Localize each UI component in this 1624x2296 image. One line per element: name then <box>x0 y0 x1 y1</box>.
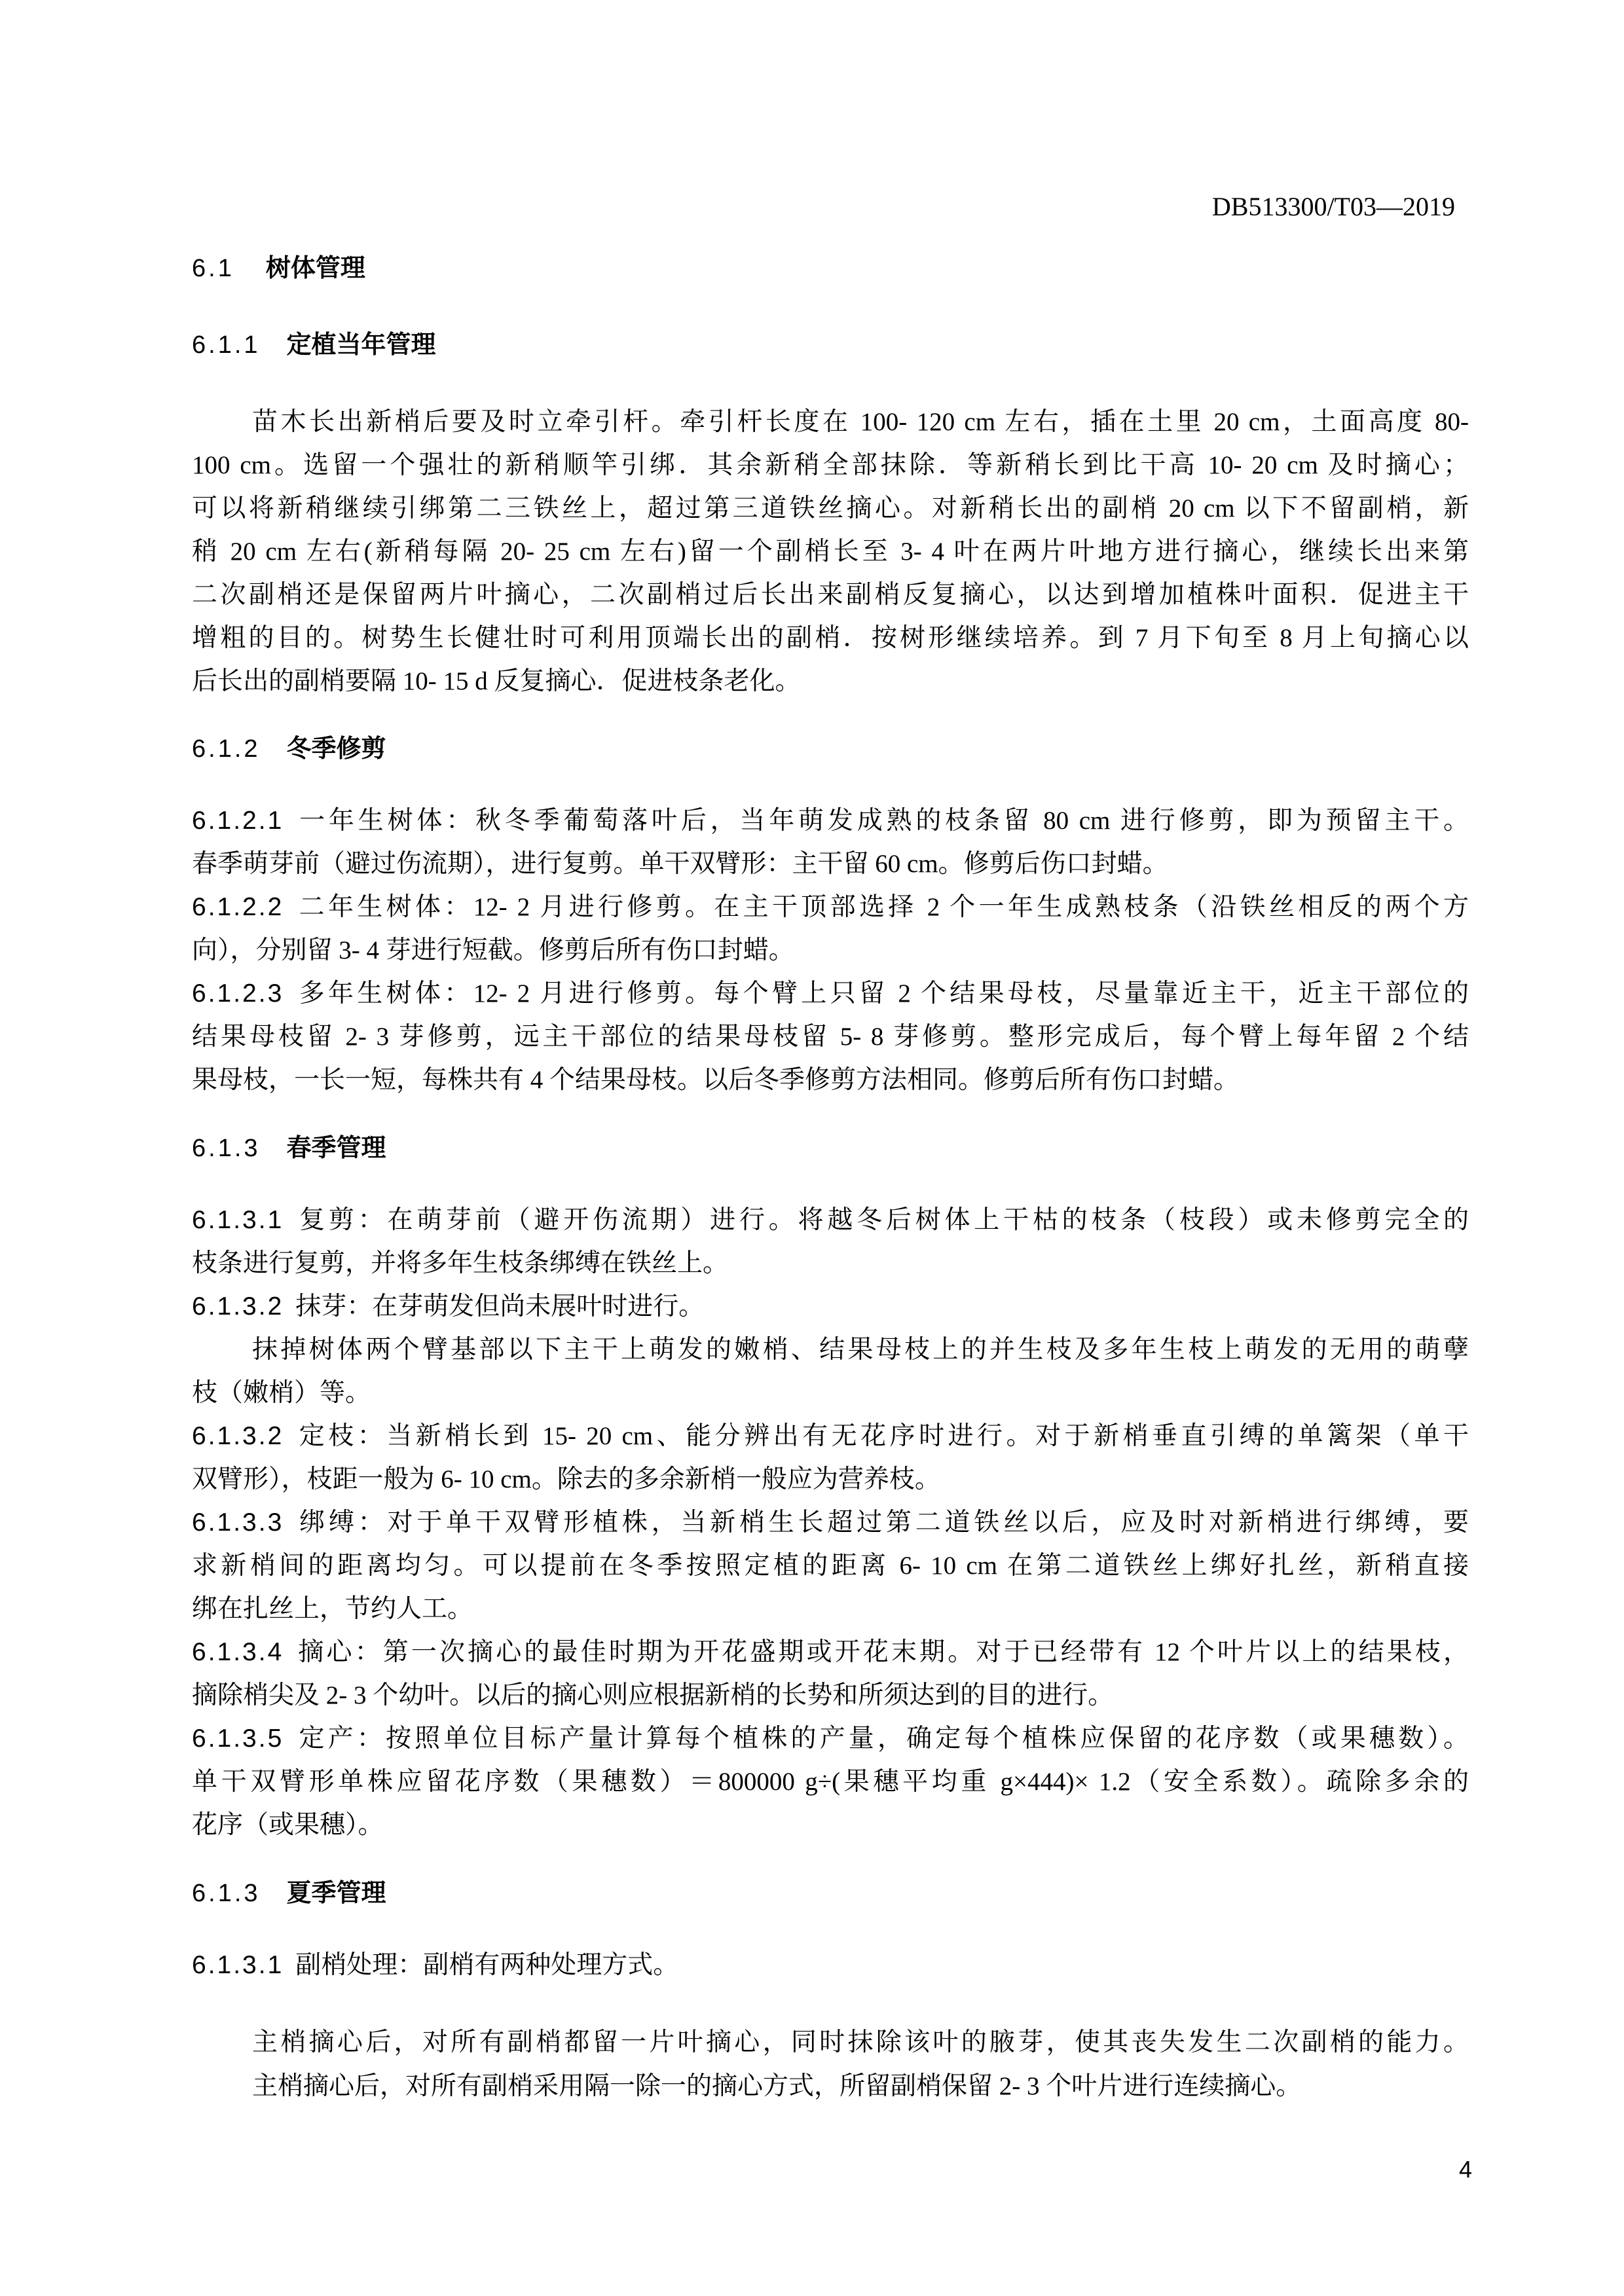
heading-title: 树体管理 <box>266 255 365 282</box>
heading-title: 定植当年管理 <box>287 331 436 359</box>
heading-6-1-3-summer: 6.1.3夏季管理 <box>192 1872 386 1908</box>
paragraph-line: 枝（嫩梢）等。 <box>192 1372 1469 1409</box>
paragraph-line: 主梢摘心后，对所有副梢采用隔一除一的摘心方式，所留副梢保留 2- 3 个叶片进行… <box>252 2066 1469 2102</box>
paragraph-line: 稍 20 cm 左右(新稍每隔 20- 25 cm 左右)留一个副梢长至 3- … <box>192 531 1469 568</box>
paragraph-line: 单干双臂形单株应留花序数（果穗数）＝800000 g÷(果穗平均重 g×444)… <box>192 1761 1469 1798</box>
paragraph-line: 后长出的副梢要隔 10- 15 d 反复摘心．促进枝条老化。 <box>192 661 1469 697</box>
clause-number: 6.1.3.1 <box>192 1206 284 1234</box>
clause-number: 6.1.3.5 <box>192 1724 284 1753</box>
clause-6-1-2-1: 6.1.2.1一年生树体：秋冬季葡萄落叶后，当年萌发成熟的枝条留 80 cm 进… <box>192 800 1469 837</box>
paragraph-line: 抹掉树体两个臂基部以下主干上萌发的嫩梢、结果母枝上的并生枝及多年生枝上萌发的无用… <box>252 1329 1469 1366</box>
heading-title: 春季管理 <box>287 1135 386 1162</box>
clause-6-1-3-2-shoot: 6.1.3.2定枝：当新梢长到 15- 20 cm、能分辨出有无花序时进行。对于… <box>192 1415 1469 1452</box>
paragraph-line: 摘除梢尖及 2- 3 个幼叶。以后的摘心则应根据新梢的长势和所须达到的目的进行。 <box>192 1675 1469 1711</box>
clause-number: 6.1.3.4 <box>192 1638 284 1666</box>
paragraph-line: 绑在扎丝上，节约人工。 <box>192 1588 1469 1625</box>
paragraph-line: 花序（或果穗）。 <box>192 1804 1469 1841</box>
clause-6-1-2-3: 6.1.2.3多年生树体：12- 2 月进行修剪。每个臂上只留 2 个结果母枝，… <box>192 973 1469 1010</box>
paragraph-line: 主梢摘心后，对所有副梢都留一片叶摘心，同时抹除该叶的腋芽，使其丧失发生二次副梢的… <box>252 2022 1469 2058</box>
heading-6-1-3-spring: 6.1.3春季管理 <box>192 1127 386 1163</box>
paragraph-line: 双臂形），枝距一般为 6- 10 cm。除去的多余新梢一般应为营养枝。 <box>192 1459 1469 1495</box>
heading-number: 6.1 <box>192 255 234 283</box>
clause-number: 6.1.3.3 <box>192 1508 284 1537</box>
paragraph-line: 求新梢间的距离均匀。可以提前在冬季按照定植的距离 6- 10 cm 在第二道铁丝… <box>192 1545 1469 1582</box>
heading-title: 冬季修剪 <box>287 735 386 763</box>
heading-6-1-1: 6.1.1定植当年管理 <box>192 324 436 360</box>
clause-6-1-3-1: 6.1.3.1复剪：在萌芽前（避开伤流期）进行。将越冬后树体上干枯的枝条（枝段）… <box>192 1199 1469 1236</box>
paragraph-line: 春季萌芽前（避过伤流期），进行复剪。单干双臂形：主干留 60 cm。修剪后伤口封… <box>192 843 1469 880</box>
clause-6-1-3-4: 6.1.3.4摘心：第一次摘心的最佳时期为开花盛期或开花末期。对于已经带有 12… <box>192 1631 1469 1668</box>
heading-title: 夏季管理 <box>287 1880 386 1907</box>
standard-code: DB513300/T03—2019 <box>1212 191 1455 222</box>
clause-6-1-3-1-summer: 6.1.3.1副梢处理：副梢有两种处理方式。 <box>192 1944 1469 1981</box>
document-page: DB513300/T03—2019 6.1树体管理 6.1.1定植当年管理 苗木… <box>0 0 1624 2296</box>
clause-number: 6.1.2.2 <box>192 893 284 921</box>
heading-number: 6.1.1 <box>192 331 261 359</box>
paragraph-line: 枝条进行复剪，并将多年生枝条绑缚在铁丝上。 <box>192 1243 1469 1279</box>
clause-6-1-3-3: 6.1.3.3绑缚：对于单干双臂形植株，当新梢生长超过第二道铁丝以后，应及时对新… <box>192 1502 1469 1539</box>
paragraph-line: 100 cm。选留一个强壮的新稍顺竿引绑．其余新稍全部抹除．等新稍长到比干高 1… <box>192 445 1469 481</box>
heading-number: 6.1.3 <box>192 1135 261 1163</box>
paragraph-line: 向），分别留 3- 4 芽进行短截。修剪后所有伤口封蜡。 <box>192 930 1469 966</box>
paragraph-line: 增粗的目的。树势生长健壮时可利用顶端长出的副梢．按树形继续培养。到 7 月下旬至… <box>192 617 1469 654</box>
clause-number: 6.1.3.2 <box>192 1292 284 1321</box>
clause-6-1-2-2: 6.1.2.2二年生树体：12- 2 月进行修剪。在主干顶部选择 2 个一年生成… <box>192 886 1469 923</box>
paragraph-line: 果母枝，一长一短，每株共有 4 个结果母枝。以后冬季修剪方法相同。修剪后所有伤口… <box>192 1059 1469 1096</box>
page-number: 4 <box>1459 2156 1472 2183</box>
paragraph-line: 可以将新稍继续引绑第二三铁丝上，超过第三道铁丝摘心。对新稍长出的副梢 20 cm… <box>192 488 1469 524</box>
clause-number: 6.1.3.2 <box>192 1422 284 1450</box>
paragraph-line: 苗木长出新梢后要及时立牵引杆。牵引杆长度在 100- 120 cm 左右，插在土… <box>252 401 1469 438</box>
paragraph-line: 结果母枝留 2- 3 芽修剪，远主干部位的结果母枝留 5- 8 芽修剪。整形完成… <box>192 1016 1469 1053</box>
heading-6-1: 6.1树体管理 <box>192 247 365 283</box>
clause-number: 6.1.3.1 <box>192 1951 284 1979</box>
heading-6-1-2: 6.1.2冬季修剪 <box>192 728 386 764</box>
clause-6-1-3-5: 6.1.3.5定产：按照单位目标产量计算每个植株的产量，确定每个植株应保留的花序… <box>192 1718 1469 1755</box>
clause-number: 6.1.2.1 <box>192 807 284 835</box>
heading-number: 6.1.3 <box>192 1880 261 1908</box>
paragraph-line: 二次副梢还是保留两片叶摘心，二次副梢过后长出来副梢反复摘心，以达到增加植株叶面积… <box>192 574 1469 611</box>
heading-number: 6.1.2 <box>192 735 261 763</box>
clause-6-1-3-2-bud: 6.1.3.2抹芽：在芽萌发但尚未展叶时进行。 <box>192 1286 1469 1322</box>
clause-number: 6.1.2.3 <box>192 979 284 1008</box>
